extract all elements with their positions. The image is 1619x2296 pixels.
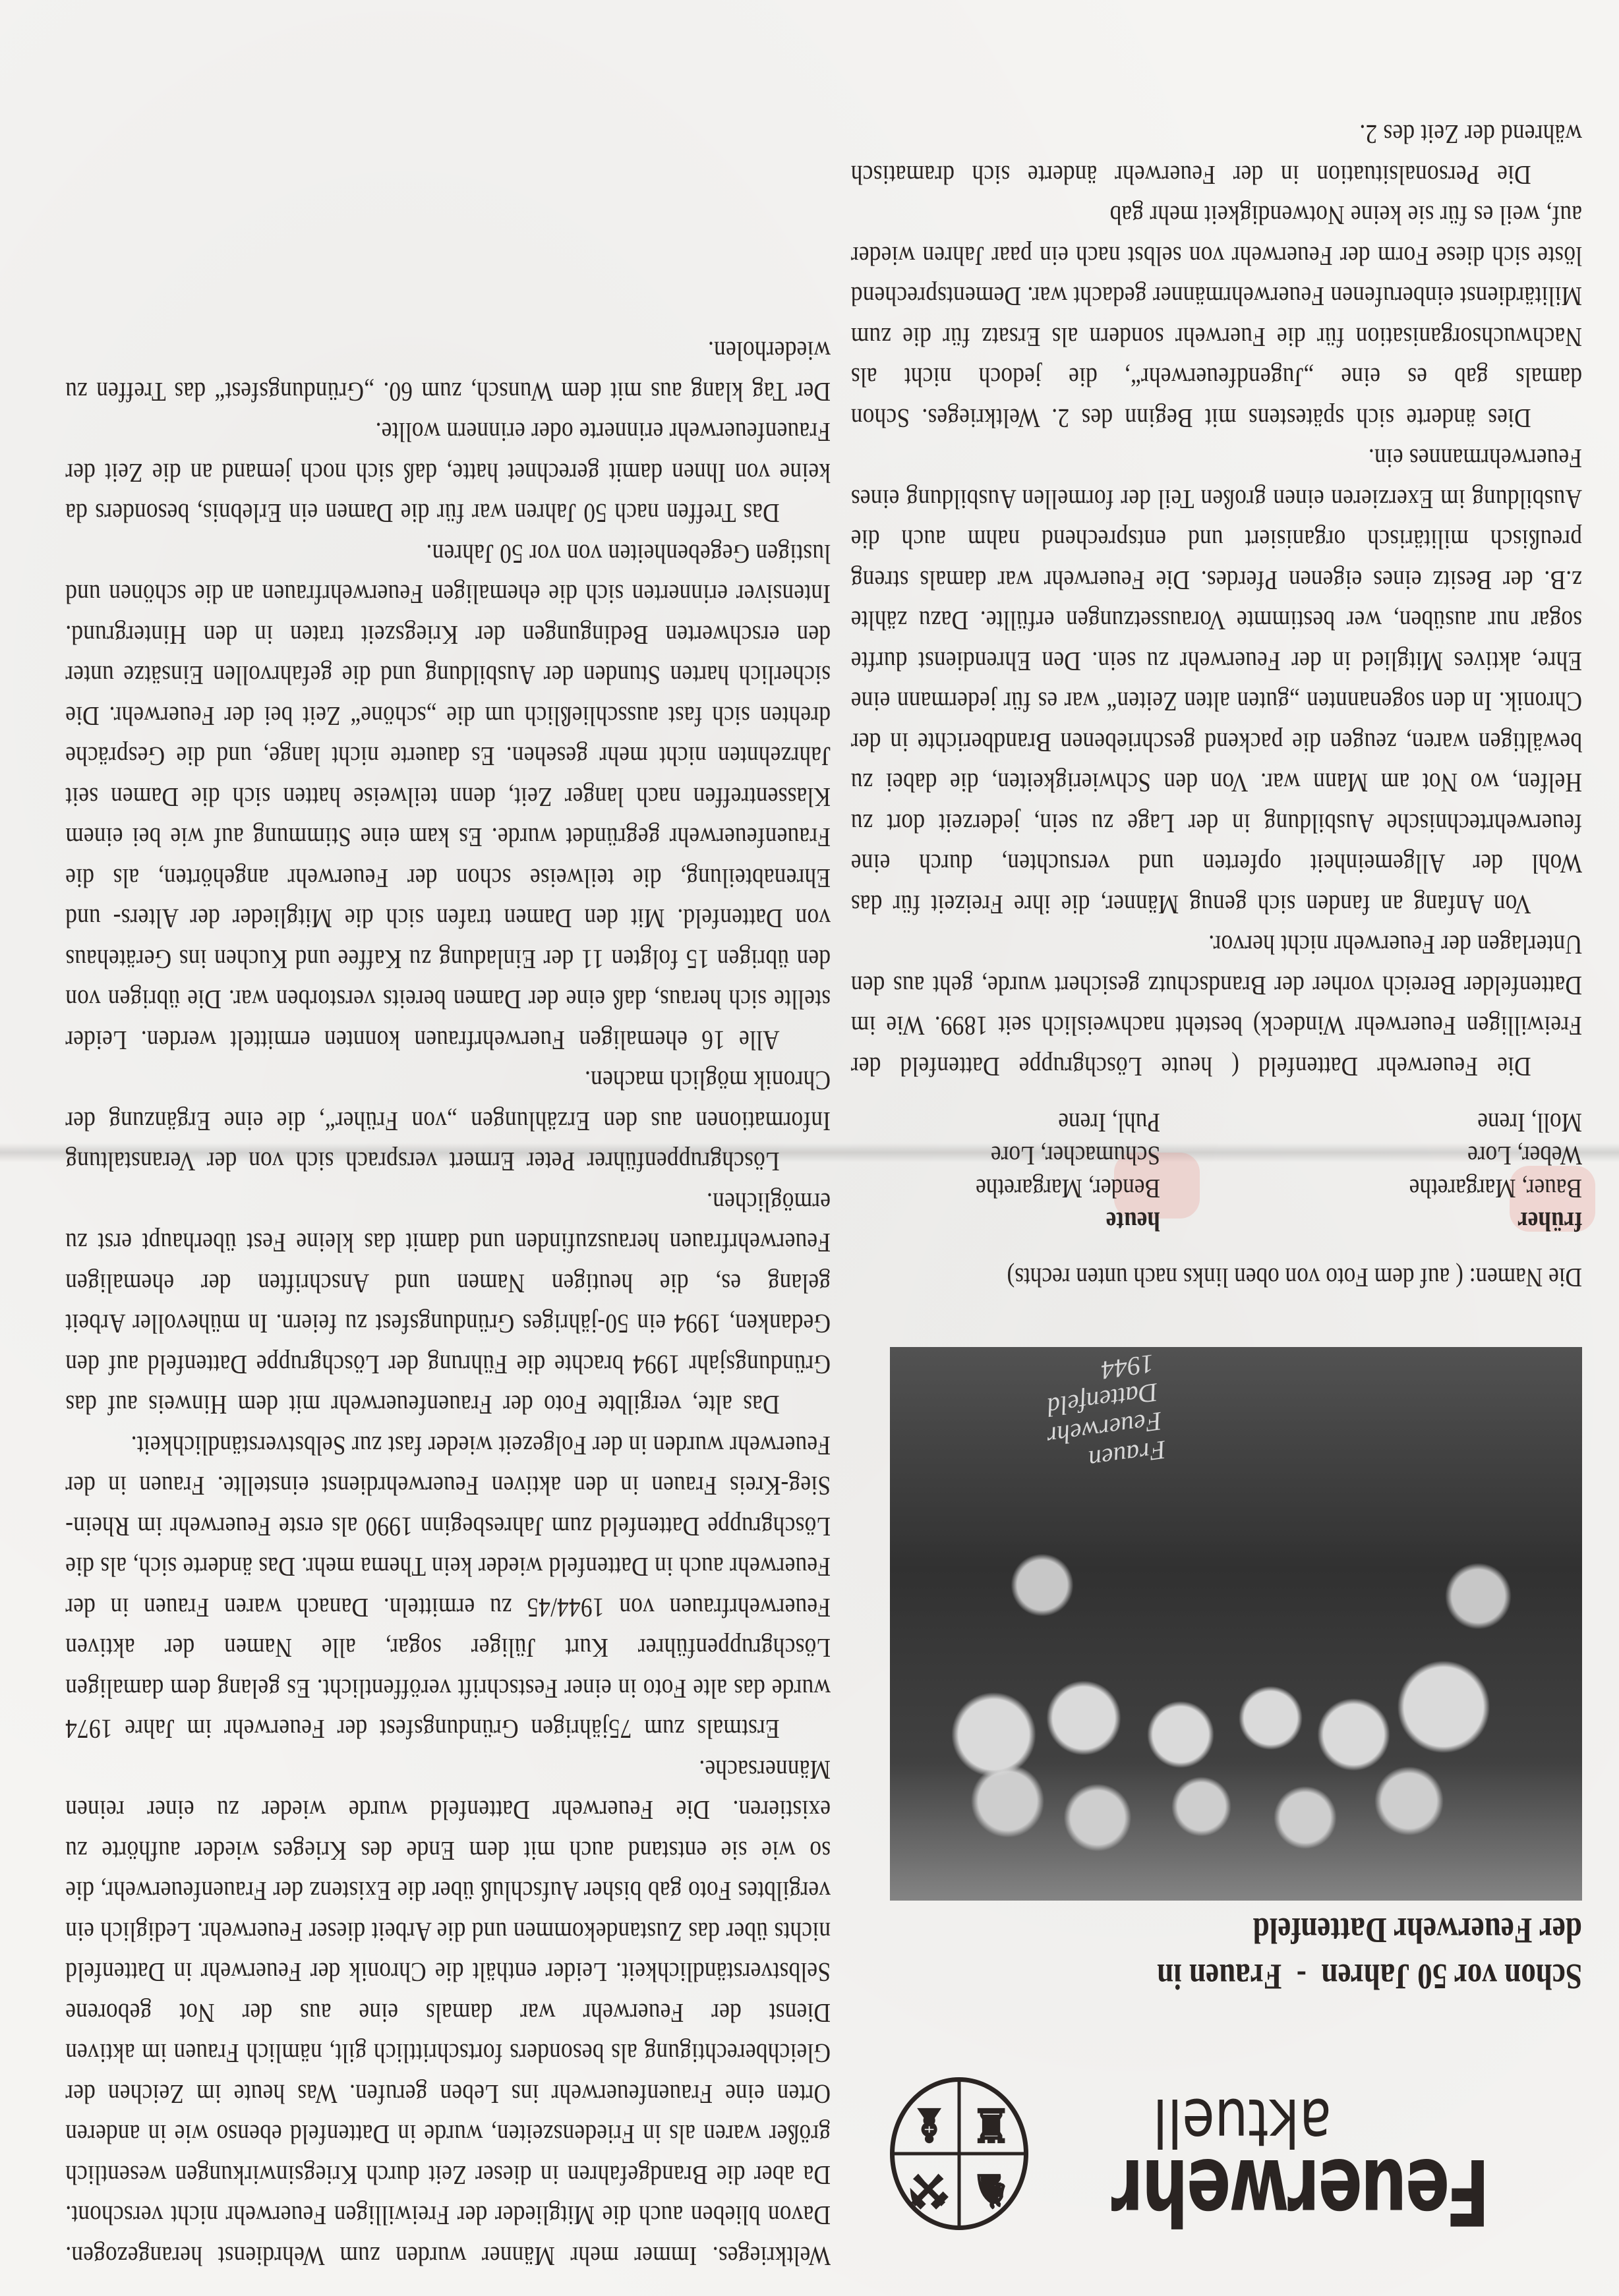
paragraph: Das Treffen nach 50 Jahren war für die D… (65, 412, 831, 534)
title-line-2: der Feuerwehr Dattenfeld (977, 1907, 1582, 1953)
paragraph: Weltkrieges. Immer mehr Männer wurden zu… (65, 1750, 831, 2277)
paragraph: Alle 16 ehemaligen Fuerwehrfrauen konnte… (65, 534, 831, 1061)
name-earlier: Moll, Irene (1409, 1106, 1582, 1139)
historic-group-photo: Frauen Feuerwehr Dattenfeld 1944 (890, 1347, 1582, 1901)
publication-name: Feuerwehr aktuell (966, 2089, 1490, 2237)
name-today: Schumacher, Lore (976, 1139, 1160, 1172)
photo-caption: Die Namen: ( auf dem Foto von oben links… (1007, 1261, 1582, 1294)
article-column-left: Die Feuerwehr Dattenfeld ( heute Löschgr… (851, 114, 1582, 1087)
paragraph: Der Tag klang aus mit dem Wunsch, zum 60… (65, 331, 831, 412)
names-today-heading: heute (976, 1205, 1160, 1238)
name-today: Bender, Margarethe (976, 1172, 1160, 1205)
scanned-newspaper-page: ♞ ⚒ ♜ ♝ Feuerwehr aktuell Schon vor 50 J… (0, 0, 1619, 2296)
name-earlier: Bauer, Margarethe (1409, 1172, 1582, 1205)
paragraph: Die Feuerwehr Dattenfeld ( heute Löschgr… (851, 925, 1582, 1087)
names-today-column: heute Bender, Margarethe Schumacher, Lor… (976, 1106, 1160, 1238)
names-earlier-heading: früher (1409, 1205, 1582, 1238)
title-line-1: Schon vor 50 Jahren - Frauen in (977, 1953, 1582, 1999)
article-column-right: Weltkrieges. Immer mehr Männer wurden zu… (65, 331, 831, 2276)
paragraph: Dies änderte sich spätestens mit Beginn … (851, 195, 1582, 438)
names-earlier-column: früher Bauer, Margarethe Weber, Lore Mol… (1409, 1106, 1582, 1238)
brand-line-2: aktuell (1040, 2089, 1332, 2155)
paragraph: Löschgruppenführer Peter Ermert versprac… (65, 1060, 831, 1182)
paragraph: Das alte, vergilbte Foto der Frauenfeuer… (65, 1182, 831, 1425)
photo-sign-text: Frauen Feuerwehr Dattenfeld 1944 (1037, 1349, 1167, 1480)
paragraph: Die Personalsituation in der Feuerwehr ä… (851, 114, 1582, 195)
name-today: Puhl, Irene (976, 1106, 1160, 1139)
paragraph: Erstmals zum 75jährigen Gründungsfest de… (65, 1425, 831, 1750)
article-title: Schon vor 50 Jahren - Frauen in der Feue… (977, 1907, 1582, 1999)
paragraph: Von Anfang an fanden sich genug Männer, … (851, 438, 1582, 925)
name-earlier: Weber, Lore (1409, 1139, 1582, 1172)
